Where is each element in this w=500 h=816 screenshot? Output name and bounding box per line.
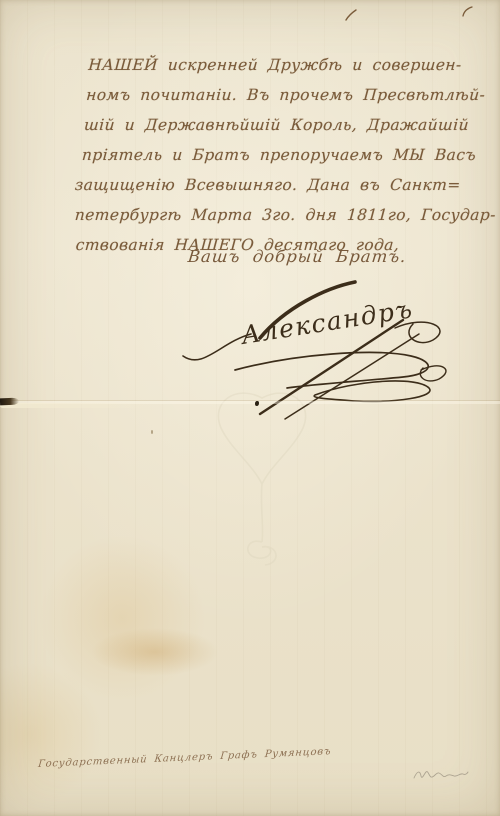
ink-tail-mark [344,8,358,22]
pencil-inscription [412,766,470,782]
letter-line: петербургѣ Марта 3го. дня 1811го, Госуда… [74,200,461,230]
letter-line: номъ почитаніи. Въ прочемъ Пресвѣтлѣй- [85,80,469,110]
letter-line: НАШЕЙ искренней Дружбѣ и совершен- [87,50,471,80]
valediction: Вашъ добрый Братъ. [187,247,408,266]
letter-line: шій и Державнѣйшій Король, Дражайшій [83,110,467,140]
manuscript-page: НАШЕЙ искренней Дружбѣ и совершен- номъ … [0,0,500,816]
ink-tail-mark [460,4,474,18]
letter-line: пріятель и Братъ препоручаемъ МЫ Васъ [81,140,465,170]
letter-body: НАШЕЙ искренней Дружбѣ и совершен- номъ … [75,50,472,260]
fold-crease-highlight [0,403,160,408]
ink-speck [151,430,153,434]
signature-name: Александръ [237,294,415,350]
letter-line: защищенію Всевышняго. Дана въ Санкт= [74,170,463,200]
countersignature: Государственный Канцлеръ Графъ Румянцовъ [38,745,359,770]
